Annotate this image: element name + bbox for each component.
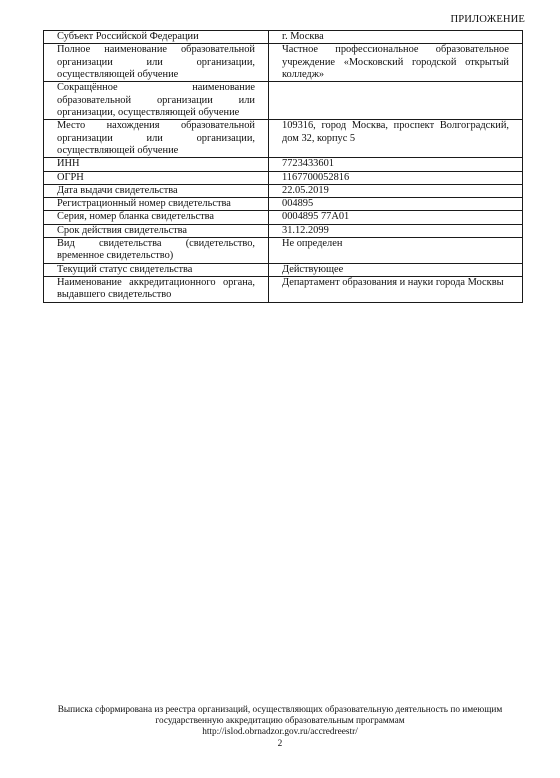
row-label: Субъект Российской Федерации — [44, 31, 269, 44]
row-label: Наименование аккредитационного органа, в… — [44, 276, 269, 302]
footer-line-1: Выписка сформирована из реестра организа… — [0, 705, 560, 716]
row-value: 004895 — [269, 198, 523, 211]
row-label: Полное наименование образовательной орга… — [44, 44, 269, 82]
table-row-subject: Субъект Российской Федерации г. Москва — [44, 31, 523, 44]
row-value: Действующее — [269, 263, 523, 276]
appendix-heading: ПРИЛОЖЕНИЕ — [451, 14, 526, 25]
table-row-short-name: Сокращённое наименование образовательной… — [44, 82, 523, 120]
table-row-issue-date: Дата выдачи свидетельства 22.05.2019 — [44, 184, 523, 197]
row-value: 7723433601 — [269, 158, 523, 171]
footer-line-2: государственную аккредитацию образовател… — [0, 716, 560, 727]
table-row-full-name: Полное наименование образовательной орга… — [44, 44, 523, 82]
row-value: Не определен — [269, 238, 523, 264]
footer-url: http://islod.obrnadzor.gov.ru/accredrees… — [0, 727, 560, 738]
row-label: Дата выдачи свидетельства — [44, 184, 269, 197]
table-row-validity: Срок действия свидетельства 31.12.2099 — [44, 224, 523, 237]
table-row-ogrn: ОГРН 1167700052816 — [44, 171, 523, 184]
table-row-issuing-authority: Наименование аккредитационного органа, в… — [44, 276, 523, 302]
row-label: ИНН — [44, 158, 269, 171]
row-value: 109316, город Москва, проспект Волгоград… — [269, 120, 523, 158]
table-row-series-number: Серия, номер бланка свидетельства 000489… — [44, 211, 523, 224]
certificate-info-table: Субъект Российской Федерации г. Москва П… — [43, 30, 523, 303]
row-value: Департамент образования и науки города М… — [269, 276, 523, 302]
row-value: 0004895 77А01 — [269, 211, 523, 224]
table-row-location: Место нахождения образовательной организ… — [44, 120, 523, 158]
table-row-registration-number: Регистрационный номер свидетельства 0048… — [44, 198, 523, 211]
row-value: 31.12.2099 — [269, 224, 523, 237]
row-label: Серия, номер бланка свидетельства — [44, 211, 269, 224]
page-number: 2 — [0, 739, 560, 750]
table-row-inn: ИНН 7723433601 — [44, 158, 523, 171]
row-value: Частное профессиональное образовательное… — [269, 44, 523, 82]
row-label: Сокращённое наименование образовательной… — [44, 82, 269, 120]
row-label: Срок действия свидетельства — [44, 224, 269, 237]
table-row-status: Текущий статус свидетельства Действующее — [44, 263, 523, 276]
row-label: Место нахождения образовательной организ… — [44, 120, 269, 158]
row-value: г. Москва — [269, 31, 523, 44]
row-label: Текущий статус свидетельства — [44, 263, 269, 276]
row-label: Регистрационный номер свидетельства — [44, 198, 269, 211]
table-row-certificate-type: Вид свидетельства (свидетельство, времен… — [44, 238, 523, 264]
row-value: 22.05.2019 — [269, 184, 523, 197]
row-label: ОГРН — [44, 171, 269, 184]
row-value — [269, 82, 523, 120]
row-value: 1167700052816 — [269, 171, 523, 184]
page-footer: Выписка сформирована из реестра организа… — [0, 705, 560, 750]
row-label: Вид свидетельства (свидетельство, времен… — [44, 238, 269, 264]
